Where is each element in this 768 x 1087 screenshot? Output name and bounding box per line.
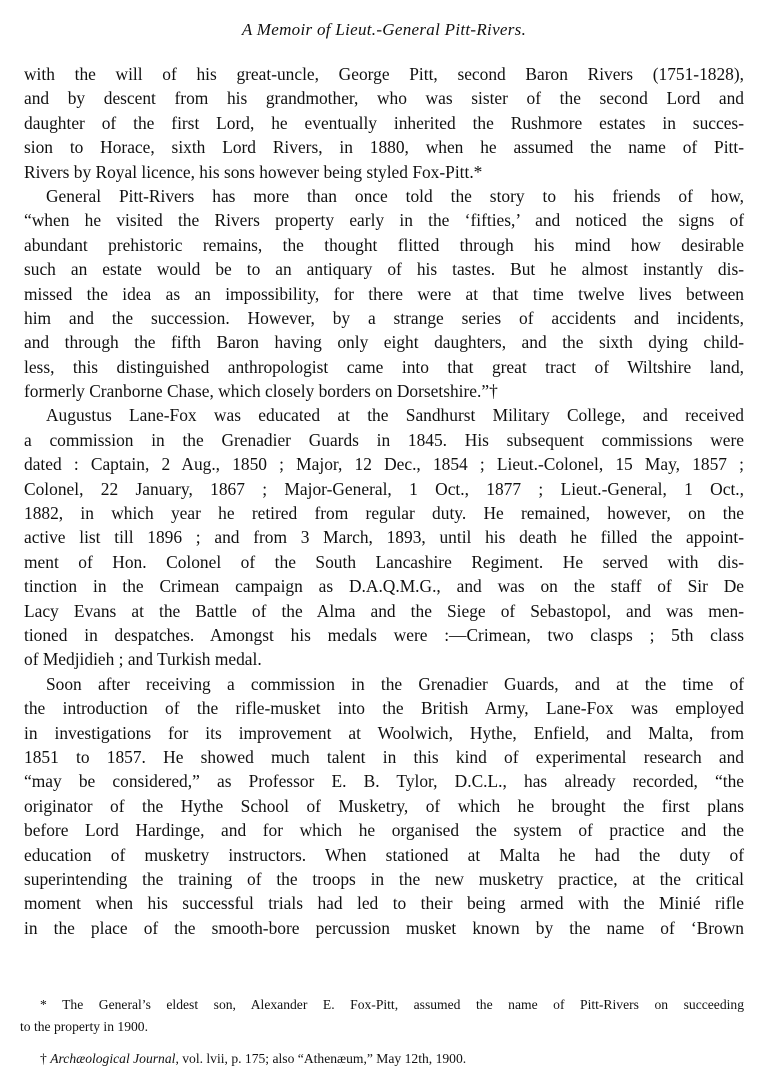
text-line: “when he visited the Rivers property ear… — [24, 208, 744, 232]
text-line: such an estate would be to an antiquary … — [24, 257, 744, 281]
text-line: daughter of the first Lord, he eventuall… — [24, 111, 744, 135]
dagger-mark: † — [40, 1051, 50, 1066]
text-line: and by descent from his grandmother, who… — [24, 86, 744, 110]
text-line: before Lord Hardinge, and for which he o… — [24, 818, 744, 842]
text-line: ment of Hon. Colonel of the South Lancas… — [24, 550, 744, 574]
text-line: abundant prehistoric remains, the though… — [24, 233, 744, 257]
text-line: dated : Captain, 2 Aug., 1850 ; Major, 1… — [24, 452, 744, 476]
text-line: in investigations for its improvement at… — [24, 721, 744, 745]
text-line: education of musketry instructors. When … — [24, 843, 744, 867]
text-line: the introduction of the rifle-musket int… — [24, 696, 744, 720]
footnote-1-line-1: * The General’s eldest son, Alexander E.… — [20, 994, 744, 1016]
text-line: with the will of his great-uncle, George… — [24, 62, 744, 86]
footnotes: * The General’s eldest son, Alexander E.… — [20, 994, 744, 1070]
text-line: 1882, in which year he retired from regu… — [24, 501, 744, 525]
text-line: and through the fifth Baron having only … — [24, 330, 744, 354]
text-line: Rivers by Royal licence, his sons howeve… — [24, 160, 744, 184]
text-line: Soon after receiving a commission in the… — [24, 672, 744, 696]
text-line: tioned in despatches. Amongst his medals… — [24, 623, 744, 647]
text-line: Colonel, 22 January, 1867 ; Major-Genera… — [24, 477, 744, 501]
text-line: “may be considered,” as Professor E. B. … — [24, 769, 744, 793]
text-line: active list till 1896 ; and from 3 March… — [24, 525, 744, 549]
text-line: superintending the training of the troop… — [24, 867, 744, 891]
text-line: sion to Horace, sixth Lord Rivers, in 18… — [24, 135, 744, 159]
journal-title: Archæological Journal — [50, 1051, 175, 1066]
text-line: General Pitt-Rivers has more than once t… — [24, 184, 744, 208]
text-line: originator of the Hythe School of Musket… — [24, 794, 744, 818]
text-line: of Medjidieh ; and Turkish medal. — [24, 647, 744, 671]
text-line: a commission in the Grenadier Guards in … — [24, 428, 744, 452]
text-line: moment when his successful trials had le… — [24, 891, 744, 915]
body-text: with the will of his great-uncle, George… — [24, 62, 744, 940]
footnote-1-line-2: to the property in 1900. — [20, 1016, 744, 1038]
text-line: him and the succession. However, by a st… — [24, 306, 744, 330]
text-line: 1851 to 1857. He showed much talent in t… — [24, 745, 744, 769]
footnote-2: † Archæological Journal, vol. lvii, p. 1… — [20, 1048, 744, 1070]
text-line: less, this distinguished anthropologist … — [24, 355, 744, 379]
text-line: in the place of the smooth-bore percussi… — [24, 916, 744, 940]
text-line: missed the idea as an impossibility, for… — [24, 282, 744, 306]
text-line: formerly Cranborne Chase, which closely … — [24, 379, 744, 403]
running-head: A Memoir of Lieut.-General Pitt-Rivers. — [0, 20, 768, 40]
text-line: Augustus Lane-Fox was educated at the Sa… — [24, 403, 744, 427]
text-line: tinction in the Crimean campaign as D.A.… — [24, 574, 744, 598]
text-line: Lacy Evans at the Battle of the Alma and… — [24, 599, 744, 623]
footnote-2-rest: , vol. lvii, p. 175; also “Athenæum,” Ma… — [175, 1051, 466, 1066]
